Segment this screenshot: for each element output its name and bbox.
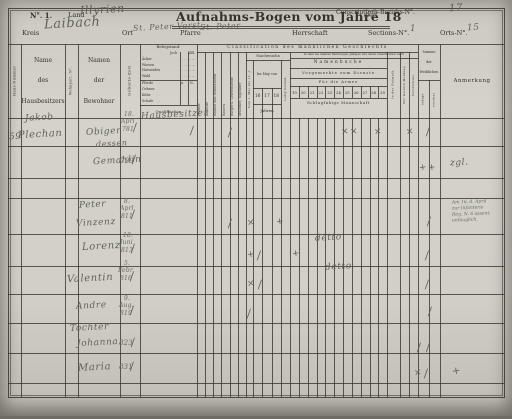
handwriting-date: 9.	[124, 295, 130, 302]
armee-age: 26	[352, 90, 361, 95]
summe-weibliche-box: Summe der Weiblichen	[418, 44, 440, 80]
handwriting-entry: zgl.	[450, 158, 469, 169]
vorgemerkte-band: Vorgemerkte zum Dienste	[290, 68, 387, 78]
grid-vline	[387, 52, 388, 397]
grid-vline	[180, 52, 181, 105]
armee-age: 23	[325, 90, 334, 95]
column-header-household-party: Wohnpart.-N°.	[65, 44, 78, 118]
grid-hline	[8, 44, 504, 45]
residents-header-line2: der	[94, 77, 104, 84]
summe-line3: Weiblichen	[420, 70, 439, 74]
grid-vline	[205, 52, 206, 397]
grid-hline	[8, 234, 504, 235]
nachwuchs-age: 16	[253, 94, 262, 99]
grid-hline	[246, 60, 290, 61]
owner-header-line2: des	[38, 77, 48, 84]
grid-hline	[8, 146, 504, 147]
grid-vline	[409, 52, 410, 397]
grid-hline	[253, 88, 281, 89]
check-mark: ×	[340, 127, 349, 138]
nachwuchs-age: 17	[262, 94, 271, 99]
grid-vline	[334, 118, 335, 397]
grid-hline	[140, 105, 197, 106]
classification-band: Classification des männlichen Geschlecht…	[197, 44, 418, 52]
check-mark: +	[427, 163, 436, 174]
grid-vline	[317, 86, 318, 98]
belegstand-subhead-n: N.	[190, 81, 194, 85]
armee-age-columns: 1920212223242526272829	[290, 86, 387, 98]
handwriting-entry: Vinzenz	[76, 217, 116, 229]
handwriting-date: 18.	[123, 232, 133, 239]
grid-vline	[262, 88, 263, 397]
column-header-remark: Anmerkung	[440, 44, 504, 118]
classification-category-label: Inwohner, Taglöhner	[238, 52, 246, 118]
owner-header-line3: Hausbesitzers	[21, 98, 64, 105]
grid-vline	[317, 118, 318, 397]
grid-vline	[197, 44, 198, 397]
grid-vline	[253, 60, 254, 397]
grid-vline	[334, 86, 335, 98]
check-mark: ×	[349, 127, 358, 138]
armee-age: 25	[343, 90, 352, 95]
armee-age: 29	[378, 90, 387, 95]
residents-header-line1: Namen	[88, 57, 110, 64]
orts-number-label: Orts-N°.	[440, 29, 468, 37]
grid-hline	[140, 80, 197, 81]
residents-header-line3: Bewohner	[84, 98, 115, 105]
grid-vline	[361, 86, 362, 98]
summe-line1: Summe	[423, 50, 436, 54]
nachwuchs-age-columns: 161718	[253, 88, 281, 104]
nachwuchs-center-label: Im May von	[253, 60, 281, 88]
grid-hline	[8, 383, 504, 384]
grid-hline	[290, 68, 387, 69]
grid-hline	[8, 118, 504, 119]
grid-vline	[299, 86, 300, 98]
handwriting-date: 8.	[124, 198, 130, 205]
grid-vline	[352, 86, 353, 98]
handwriting-entry: detto	[315, 232, 342, 243]
nachwuchs-age: 18	[272, 94, 281, 99]
check-mark: ×	[373, 127, 382, 138]
armee-age: 20	[299, 90, 308, 95]
handwriting-entry: detto	[325, 261, 352, 272]
kreis-label: Kreis	[22, 29, 39, 37]
nachwuchs-unit: Jahren	[253, 104, 281, 118]
grid-vline	[65, 44, 66, 397]
summe-subcol-verehelichte: verehel.	[429, 80, 440, 118]
grid-hline	[8, 198, 504, 199]
column-header-residents: Namen der Bewohner	[78, 44, 120, 118]
grid-vline	[370, 118, 371, 397]
scanned-census-form: N°. 1. Land Aufnahms-Bogen vom Jahre 18 …	[0, 0, 512, 419]
grid-vline	[238, 52, 239, 397]
handwriting-entry: 1	[410, 24, 417, 34]
handwriting-entry: 15	[467, 23, 480, 34]
check-mark: +	[291, 249, 300, 260]
grid-vline	[440, 44, 441, 397]
grid-vline	[370, 86, 371, 98]
belegstand-head-klafter: Klft.	[188, 51, 195, 55]
grid-vline	[272, 88, 273, 397]
handwriting-entry: Tochter	[70, 322, 109, 334]
grid-hline	[197, 52, 418, 53]
grid-hline	[290, 58, 418, 59]
summe-line2: der	[426, 60, 432, 64]
grid-vline	[308, 118, 309, 397]
namenbuche-band: Namenbuche	[290, 58, 387, 68]
handwriting-date: 5.	[124, 260, 130, 267]
column-header-birthdate: Geburts-Zeit	[120, 44, 140, 118]
check-mark: ×	[405, 127, 414, 138]
owner-header-line1: Name	[34, 57, 52, 64]
column-header-house-number: Haus-Nummer	[8, 44, 21, 118]
grid-vline	[213, 52, 214, 397]
remark-note: untauglich.	[452, 218, 478, 224]
armee-age: 24	[334, 90, 343, 95]
belegstand-unit-heads: Joch Klft.	[170, 51, 195, 55]
grid-vline	[140, 44, 141, 397]
belegstand-subhead-a: a.	[181, 81, 184, 85]
nachwuchs-left-strip: Vom 1. May bis 15. J.	[246, 60, 253, 118]
grid-vline	[188, 52, 189, 105]
grid-vline	[352, 118, 353, 397]
heimath-column: In der Heimath	[387, 52, 400, 118]
grid-hline	[418, 80, 440, 81]
grid-vline	[400, 52, 401, 397]
grid-vline	[290, 52, 291, 397]
grid-hline	[290, 86, 387, 87]
handwriting-date: 18.	[124, 111, 134, 118]
grid-hline	[8, 294, 504, 295]
summe-subcol-ledige: ledige	[418, 80, 429, 118]
verstorbene-column: Verstorbene	[409, 52, 418, 118]
belegstand-head-joch: Joch	[170, 51, 177, 55]
check-mark: ×	[246, 279, 255, 290]
grid-vline	[361, 118, 362, 397]
belegstand-livestock-rows: PferdeOchsenKüheSchafe	[140, 81, 180, 105]
grid-vline	[281, 60, 282, 397]
handwriting-entry: Andre	[76, 300, 107, 312]
handwriting-entry: Plechan	[18, 128, 63, 141]
grid-hline	[253, 104, 281, 105]
handwriting-entry: Lorenz	[82, 240, 121, 253]
check-mark: +	[275, 217, 284, 228]
handwriting-entry: 17	[449, 3, 463, 15]
grid-hline	[8, 266, 504, 267]
nachwuchs-band: Nachwuchs	[246, 52, 290, 60]
weitere-meldung-column: Zur weitern Meldung	[400, 52, 409, 118]
armee-band: Für die Armee	[290, 78, 387, 86]
classification-category-label: Bauern	[222, 52, 230, 118]
grid-vline	[378, 86, 379, 98]
handwriting-entry: Maria	[78, 361, 112, 374]
handwriting-entry: Peter	[79, 199, 107, 210]
column-header-owner: Name des Hausbesitzers	[21, 44, 65, 118]
handwriting-entry: dessen	[96, 138, 128, 149]
belegstand-title: Belegstand:	[140, 44, 197, 51]
grid-vline	[21, 44, 22, 397]
herrschaft-label: Herrschaft	[292, 29, 328, 37]
ort-label: Ort	[122, 29, 133, 37]
grid-vline	[221, 52, 222, 397]
handwriting-entry: 30	[364, 9, 378, 21]
handwriting-entry: Jakob	[25, 112, 54, 123]
check-mark: ×	[413, 368, 422, 379]
grid-vline	[343, 118, 344, 397]
sections-number-label: Sections-N°.	[368, 29, 409, 37]
grid-hline	[8, 178, 504, 179]
grid-vline	[325, 118, 326, 397]
grid-hline	[290, 98, 387, 99]
mannschaft-band: Schlagfähige Mannschaft	[290, 98, 387, 118]
check-mark: +	[246, 250, 255, 261]
check-mark: +	[451, 365, 461, 377]
handwriting-entry: Obiger	[86, 126, 121, 138]
grid-hline	[290, 78, 387, 79]
nachwuchs-right-strip: Ledig befund.	[281, 60, 290, 118]
grid-vline	[325, 86, 326, 98]
check-mark: +	[418, 163, 427, 174]
grid-vline	[343, 86, 344, 98]
handwriting-entry: Laibach	[44, 15, 101, 33]
armee-age: 19	[290, 90, 299, 95]
grid-vline	[378, 118, 379, 397]
grid-vline	[308, 86, 309, 98]
check-mark: ×	[246, 218, 255, 229]
